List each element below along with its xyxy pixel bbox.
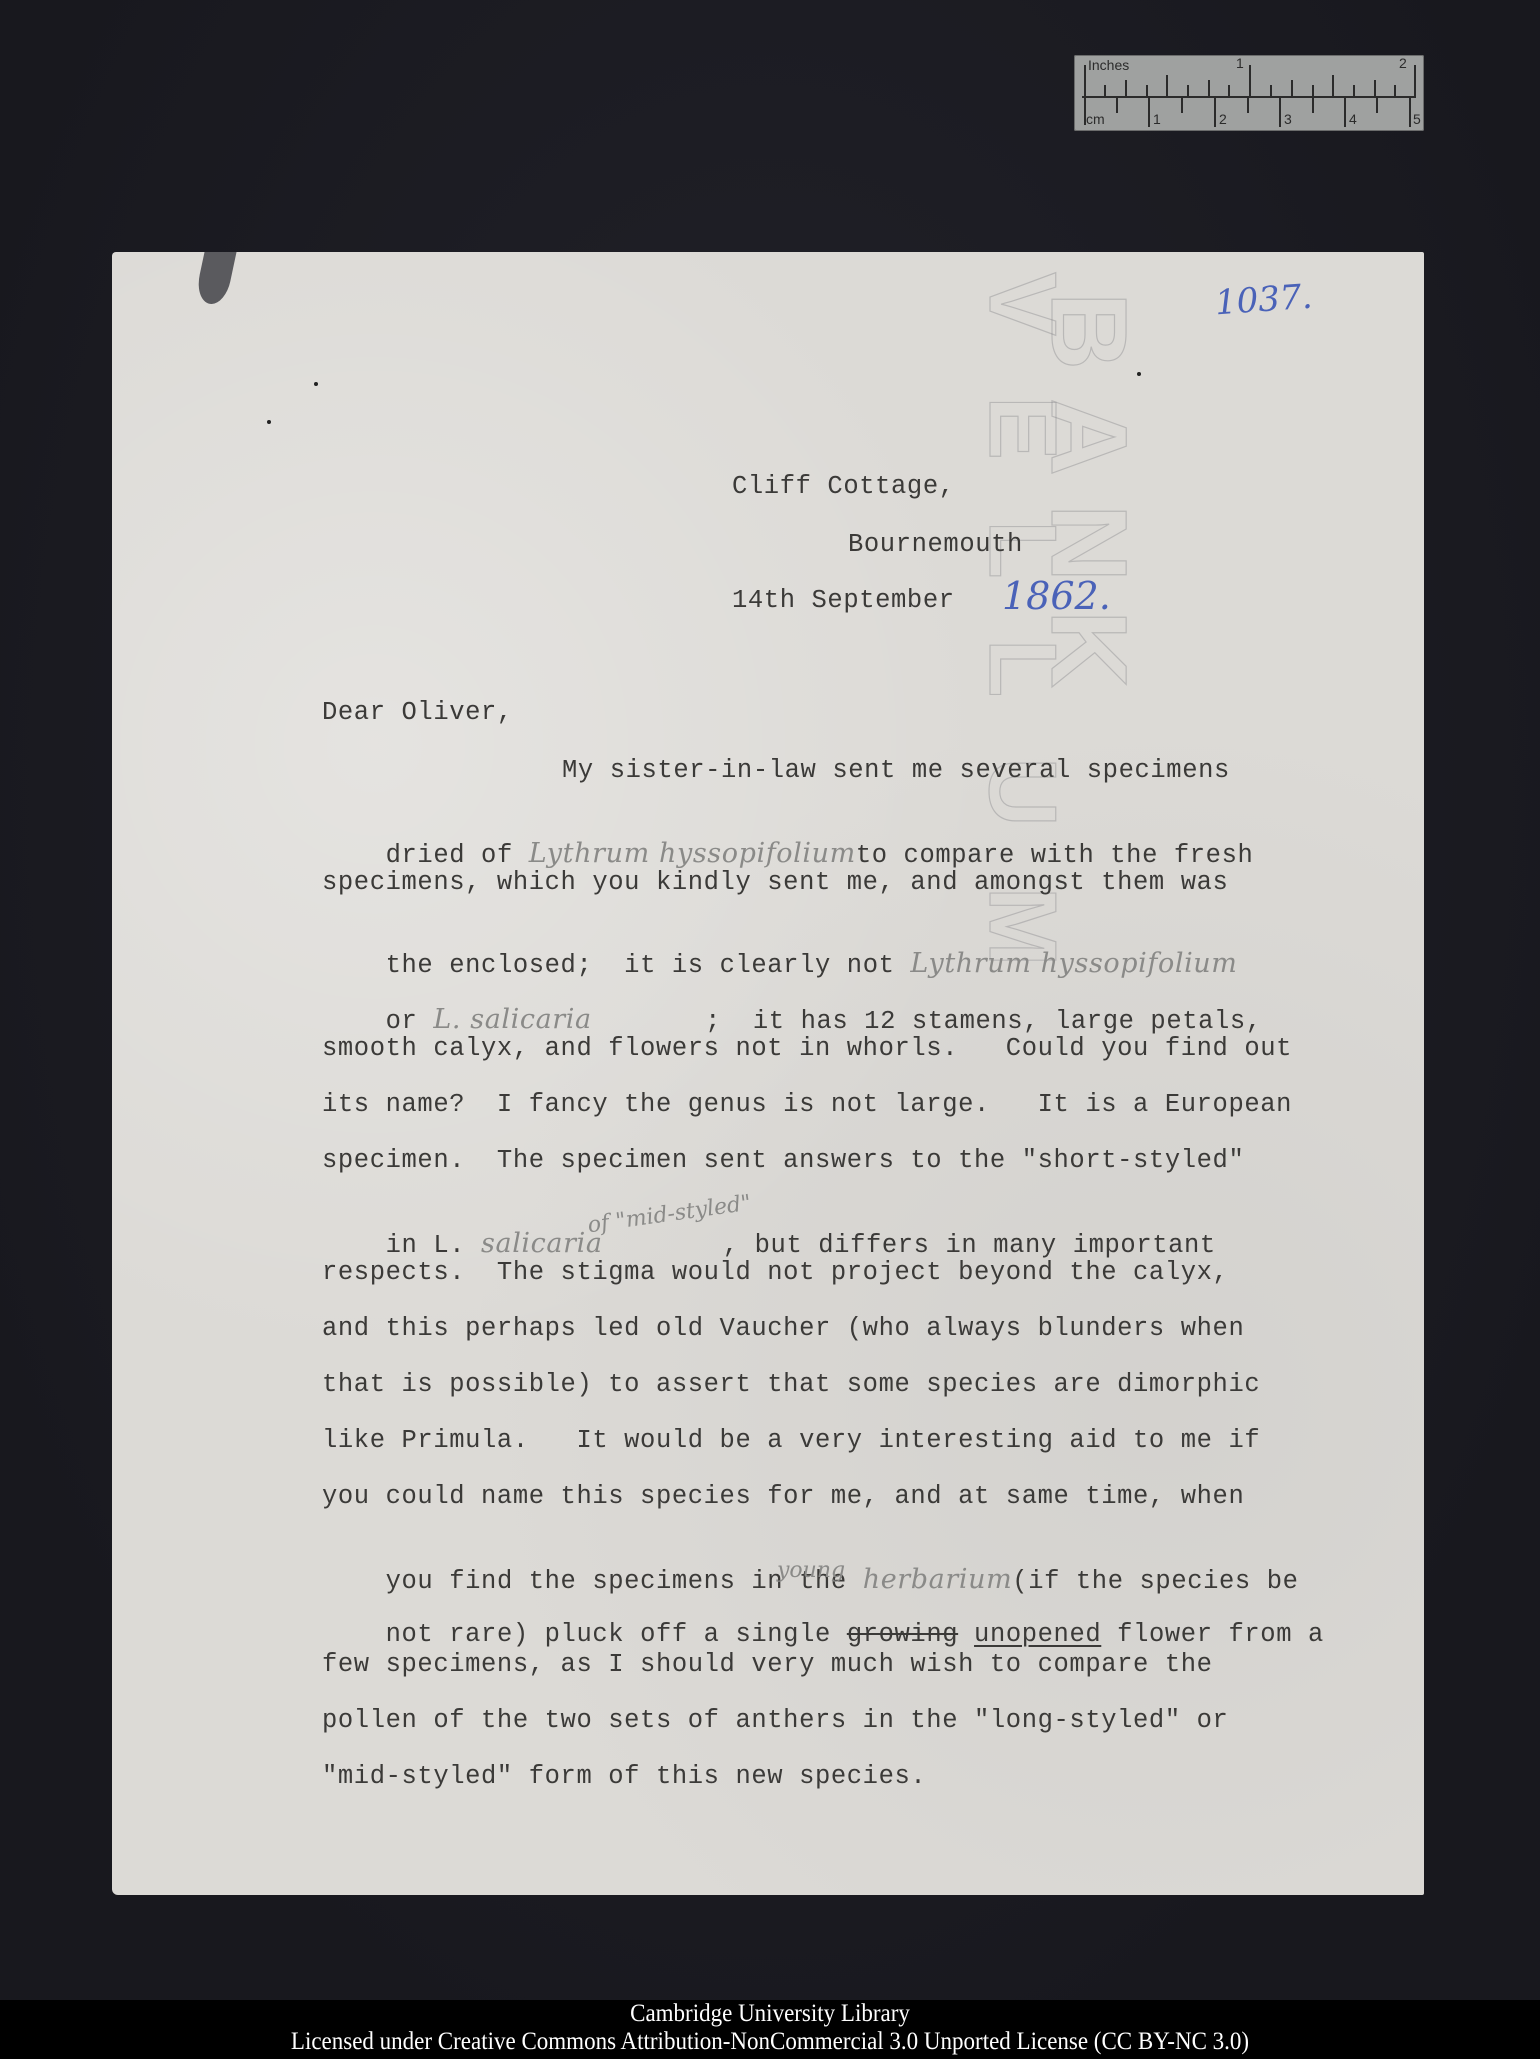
ruler-tick <box>1214 97 1216 127</box>
body-line: pollen of the two sets of anthers in the… <box>322 1708 1228 1734</box>
body-line: specimens, which you kindly sent me, and… <box>322 870 1228 896</box>
underlined-word: unopened <box>974 1620 1101 1649</box>
body-line: specimen. The specimen sent answers to t… <box>322 1148 1244 1174</box>
handwritten-annotation: Lythrum hyssopifolium <box>910 948 1237 979</box>
ruler-tick <box>1353 85 1355 97</box>
body-line: My sister-in-law sent me several specime… <box>562 758 1230 784</box>
ruler-tick <box>1332 75 1334 97</box>
ruler-tick <box>1116 97 1118 113</box>
ruler-tick <box>1394 85 1396 97</box>
ruler-tick <box>1249 65 1251 97</box>
ruler-tick <box>1181 97 1183 113</box>
body-line: its name? I fancy the genus is not large… <box>322 1092 1292 1118</box>
handwritten-annotation: herbarium <box>863 1564 1013 1595</box>
body-line: you could name this species for me, and … <box>322 1484 1244 1510</box>
body-line: and this perhaps led old Vaucher (who al… <box>322 1316 1244 1342</box>
date-typed: 14th September <box>732 588 955 614</box>
ruler-tick <box>1187 85 1189 97</box>
paper-tear-mark <box>193 252 236 304</box>
watermark: VELLUM <box>967 272 1077 1027</box>
ruler-cm-mark: 3 <box>1284 111 1292 127</box>
body-line: respects. The stigma would not project b… <box>322 1260 1228 1286</box>
body-line: like Primula. It would be a very interes… <box>322 1428 1260 1454</box>
body-line: that is possible) to assert that some sp… <box>322 1372 1260 1398</box>
ruler-inches-label: Inches <box>1088 57 1129 73</box>
ruler-tick <box>1374 80 1376 97</box>
body-line: few specimens, as I should very much wis… <box>322 1652 1213 1678</box>
handwritten-annotation: salicaria <box>481 1230 691 1257</box>
ruler-inch-mark: 2 <box>1399 55 1407 71</box>
address-line-2: Bournemouth <box>848 532 1023 558</box>
body-line: "mid-styled" form of this new species. <box>322 1764 926 1790</box>
letter-page: BANK VELLUM 1037. Cliff Cottage, Bournem… <box>112 252 1424 1895</box>
ruler-tick <box>1344 97 1346 127</box>
ruler-cm-label: cm <box>1086 111 1105 127</box>
year-handwritten: 1862. <box>1002 574 1111 618</box>
license-text: Licensed under Creative Commons Attribut… <box>62 2028 1479 2056</box>
ruler-cm-mark: 4 <box>1349 111 1357 127</box>
salutation: Dear Oliver, <box>322 700 513 726</box>
handwritten-annotation: Lythrum hyssopifolium <box>529 838 856 869</box>
ruler-inch-mark: 1 <box>1236 55 1244 71</box>
ruler-tick <box>1279 97 1281 127</box>
ruler-tick <box>1125 80 1127 97</box>
ruler-tick <box>1208 80 1210 97</box>
scale-ruler: Inches 1 2 cm 1 2 3 4 5 <box>1074 55 1424 131</box>
ruler-tick <box>1409 97 1411 127</box>
ruler-tick <box>1312 97 1314 113</box>
address-line-1: Cliff Cottage, <box>732 474 955 500</box>
ruler-tick <box>1414 65 1416 97</box>
ruler-tick <box>1247 97 1249 113</box>
archive-number: 1037. <box>1214 277 1314 324</box>
ruler-tick <box>1228 85 1230 97</box>
paper-speck <box>267 420 271 424</box>
interlinear-annotation: young <box>777 1558 845 1583</box>
struck-word: growing <box>847 1620 958 1649</box>
handwritten-annotation: L. salicaria <box>433 1006 673 1033</box>
ruler-tick <box>1166 75 1168 97</box>
ruler-tick <box>1148 97 1150 127</box>
ruler-cm-mark: 2 <box>1219 111 1227 127</box>
ruler-cm-mark: 1 <box>1153 111 1161 127</box>
ruler-tick <box>1270 85 1272 97</box>
body-line: smooth calyx, and flowers not in whorls.… <box>322 1036 1292 1062</box>
license-footer: Cambridge University Library Licensed un… <box>0 2000 1540 2059</box>
ruler-tick <box>1291 80 1293 97</box>
ruler-tick <box>1376 97 1378 113</box>
ruler-tick <box>1312 85 1314 97</box>
ruler-tick <box>1146 85 1148 97</box>
paper-speck <box>314 382 318 386</box>
library-name: Cambridge University Library <box>62 2000 1479 2028</box>
ruler-cm-mark: 5 <box>1413 111 1421 127</box>
ruler-tick <box>1104 85 1106 97</box>
